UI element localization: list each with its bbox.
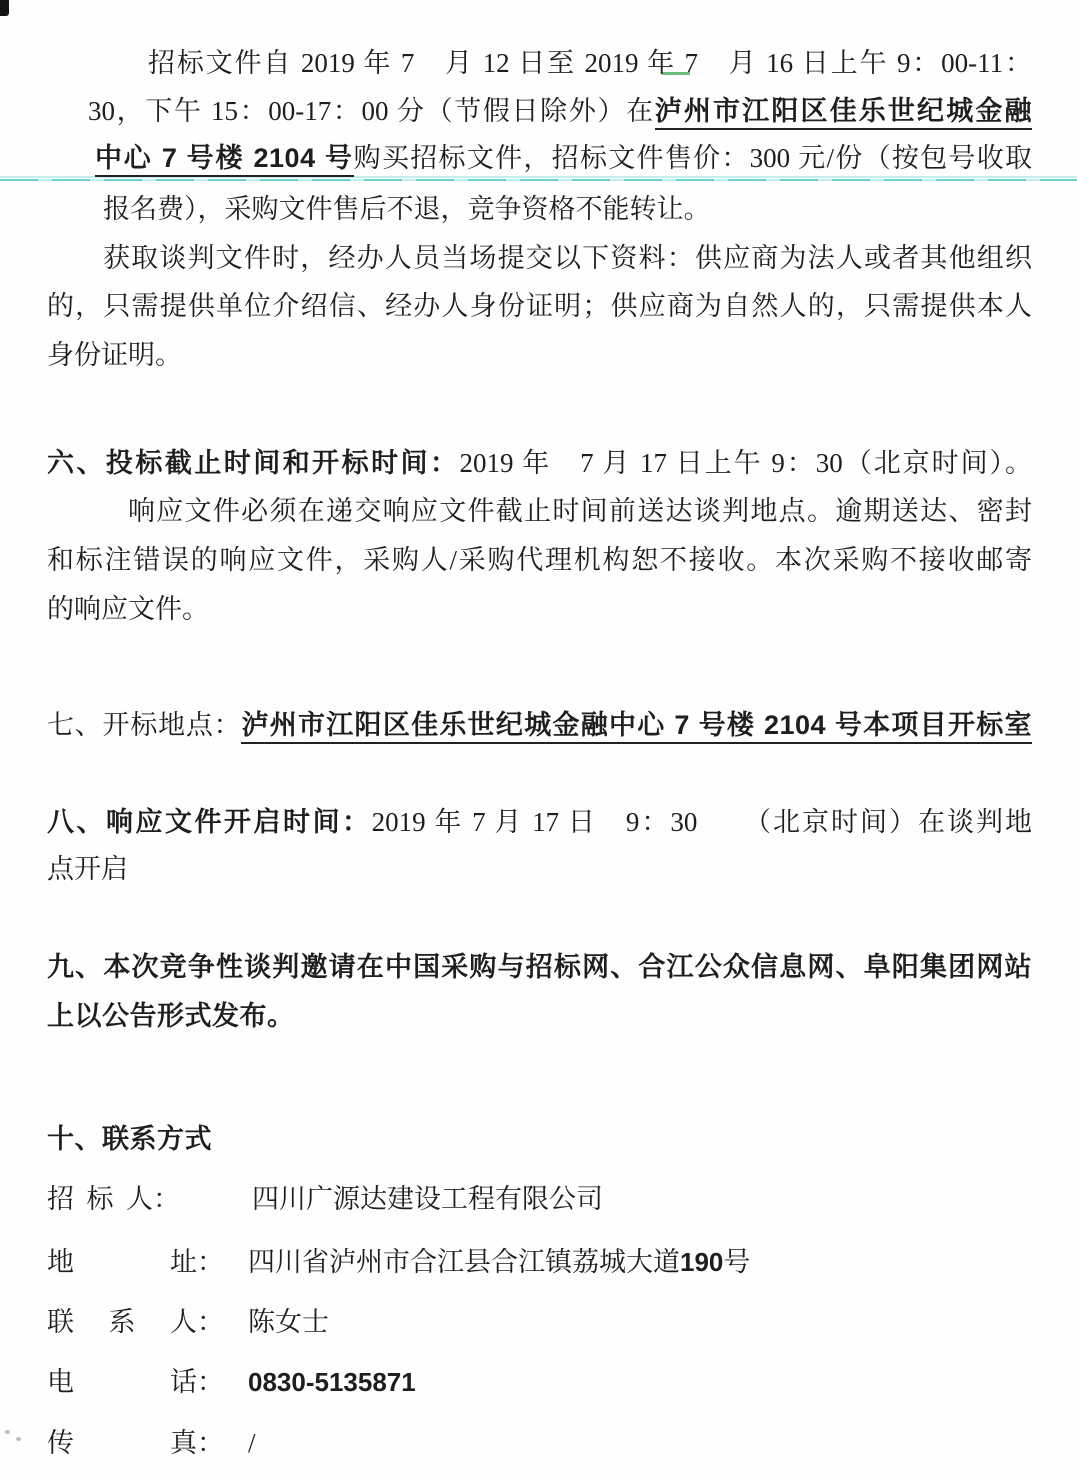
section-6-heading-line: 六、投标截止时间和开标时间：2019 年 7 月 17 日上午 9：30（北京时… xyxy=(47,444,1032,484)
paragraph-purchase-period-line-2: 30，下午 15：00-17：00 分（节假日除外）在泸州市江阳区佳乐世纪城金融 xyxy=(88,92,1032,132)
tenderer-value: 四川广源达建设工程有限公司 xyxy=(252,1180,603,1218)
section-6-heading: 六、投标截止时间和开标时间： xyxy=(47,448,460,478)
purchase-location-underlined: 中心 7 号楼 2104 号 xyxy=(95,143,354,177)
contact-person-value: 陈女士 xyxy=(248,1303,329,1341)
section-9-line-2: 上以公告形式发布。 xyxy=(47,997,1032,1037)
fax-label: 传真 xyxy=(47,1424,197,1462)
paragraph-purchase-period-line-4: 报名费），采购文件售后不退，竞争资格不能转让。 xyxy=(103,190,1043,230)
section-7-address-underlined: 泸州市江阳区佳乐世纪城金融中心 7 号楼 2104 号本项目开标室 xyxy=(241,710,1032,744)
section-8-body-line-2: 点开启 xyxy=(47,850,1032,890)
contact-row-tenderer: 招标人：四川广源达建设工程有限公司 xyxy=(47,1180,603,1222)
paragraph-materials-line-1: 获取谈判文件时，经办人员当场提交以下资料：供应商为法人或者其他组织 xyxy=(103,239,1032,279)
paragraph-materials-line-2: 的，只需提供单位介绍信、经办人身份证明；供应商为自然人的，只需提供本人 xyxy=(47,287,1032,327)
address-street-number: 190 xyxy=(680,1247,723,1277)
scan-corner-artifact xyxy=(0,0,9,16)
scanned-tender-document-page: 招标文件自 2019 年 7 月 12 日至 2019 年 7 月 16 日上午… xyxy=(0,0,1077,1481)
address-value-suffix: 号 xyxy=(723,1247,750,1277)
paragraph-purchase-period-line-1: 招标文件自 2019 年 7 月 12 日至 2019 年 7 月 16 日上午… xyxy=(148,44,1032,84)
scan-speck xyxy=(16,1437,21,1441)
section-9-line-1: 九、本次竞争性谈判邀请在中国采购与招标网、合江公众信息网、阜阳集团网站 xyxy=(47,948,1032,988)
paragraph-purchase-period-line-3: 中心 7 号楼 2104 号购买招标文件，招标文件售价：300 元/份（按包号收… xyxy=(95,139,1032,179)
contact-row-phone: 电话：0830-5135871 xyxy=(47,1363,416,1405)
paragraph-materials-line-3: 身份证明。 xyxy=(47,336,1032,376)
phone-label: 电话 xyxy=(47,1363,197,1401)
purchase-period-text: 30，下午 15：00-17：00 分（节假日除外）在 xyxy=(88,96,655,126)
section-6-body-line-3: 的响应文件。 xyxy=(47,590,1032,630)
contact-row-address: 地址：四川省泸州市合江县合江镇荔城大道190号 xyxy=(47,1243,750,1285)
section-6-body-line-1: 响应文件必须在递交响应文件截止时间前送达谈判地点。逾期送达、密封 xyxy=(128,492,1032,532)
section-8-heading-line: 八、响应文件开启时间：2019 年 7 月 17 日 9：30 （北京时间）在谈… xyxy=(47,803,1032,843)
phone-value: 0830-5135871 xyxy=(248,1363,416,1401)
fax-colon: ： xyxy=(197,1428,224,1458)
scan-cyan-line-artifact xyxy=(0,179,1077,181)
purchase-location-underlined: 泸州市江阳区佳乐世纪城金融 xyxy=(655,96,1032,130)
address-value: 四川省泸州市合江县合江镇荔城大道190号 xyxy=(248,1243,750,1281)
tenderer-label: 招标人 xyxy=(47,1180,153,1218)
section-8-heading: 八、响应文件开启时间： xyxy=(47,807,372,837)
tenderer-colon: ： xyxy=(153,1184,180,1214)
contact-person-label: 联系人 xyxy=(47,1303,197,1341)
section-6-body-line-2: 和标注错误的响应文件，采购人/采购代理机构恕不接收。本次采购不接收邮寄 xyxy=(47,541,1032,581)
scan-speck xyxy=(5,1430,10,1434)
section-8-datetime: 2019 年 7 月 17 日 9：30 （北京时间）在谈判地 xyxy=(372,807,1032,837)
address-label: 地址 xyxy=(47,1243,197,1281)
section-10-heading: 十、联系方式 xyxy=(47,1120,447,1160)
address-value-text: 四川省泸州市合江县合江镇荔城大道 xyxy=(248,1247,680,1277)
section-6-datetime: 2019 年 7 月 17 日上午 9：30（北京时间）。 xyxy=(460,448,1033,478)
contact-row-fax: 传真：/ xyxy=(47,1424,256,1466)
address-colon: ： xyxy=(197,1247,224,1277)
section-7-heading: 七、开标地点： xyxy=(47,710,241,740)
contact-row-contact-person: 联系人：陈女士 xyxy=(47,1303,329,1345)
fax-value: / xyxy=(248,1424,256,1462)
section-7-heading-line: 七、开标地点：泸州市江阳区佳乐世纪城金融中心 7 号楼 2104 号本项目开标室 xyxy=(47,706,1032,746)
document-price-text: 购买招标文件，招标文件售价：300 元/份（按包号收取 xyxy=(354,143,1032,173)
contact-person-colon: ： xyxy=(197,1307,224,1337)
phone-colon: ： xyxy=(197,1367,224,1397)
